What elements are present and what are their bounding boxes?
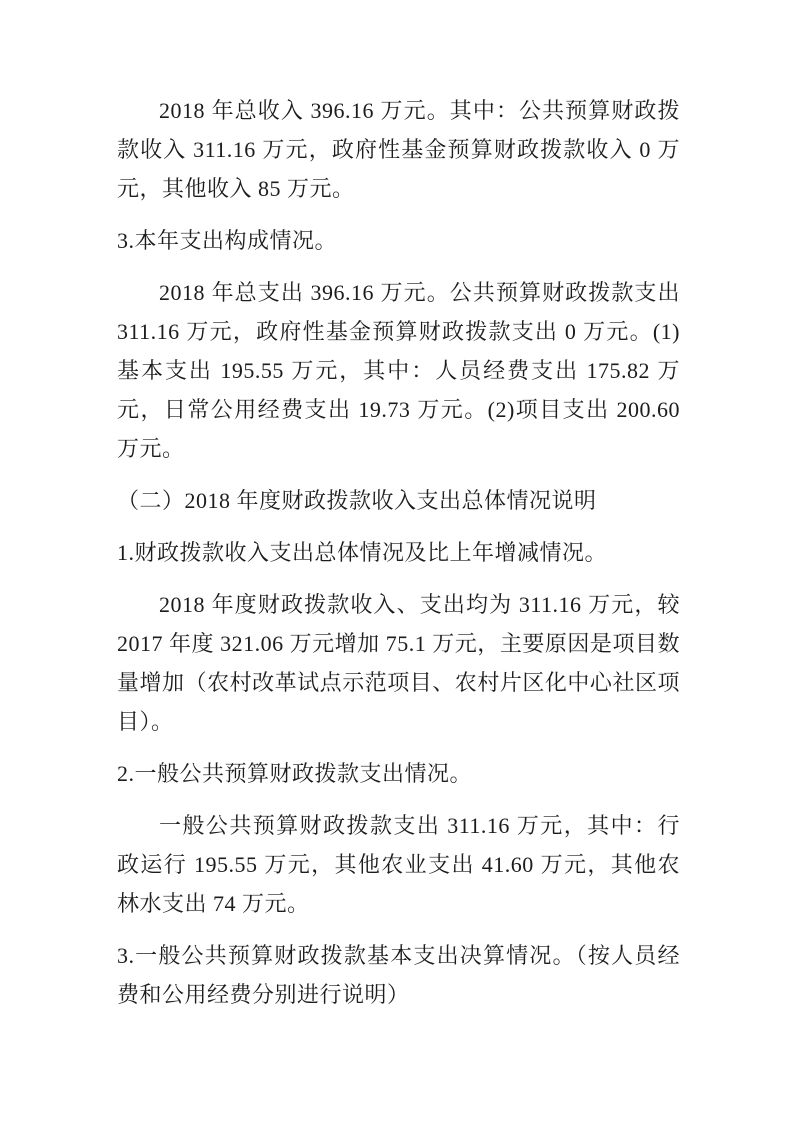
paragraph-overall-change: 2018 年度财政拨款收入、支出均为 311.16 万元，较 2017 年度 3… <box>117 585 680 741</box>
heading-overall-change: 1.财政拨款收入支出总体情况及比上年增减情况。 <box>117 533 680 572</box>
heading-expenditure-composition: 3.本年支出构成情况。 <box>117 221 680 260</box>
heading-general-budget-expenditure: 2.一般公共预算财政拨款支出情况。 <box>117 754 680 793</box>
heading-section-two: （二）2018 年度财政拨款收入支出总体情况说明 <box>117 481 680 520</box>
paragraph-income-composition: 2018 年总收入 396.16 万元。其中：公共预算财政拨款收入 311.16… <box>117 91 680 208</box>
document-page: 2018 年总收入 396.16 万元。其中：公共预算财政拨款收入 311.16… <box>0 0 793 1122</box>
paragraph-general-budget-expenditure: 一般公共预算财政拨款支出 311.16 万元，其中：行政运行 195.55 万元… <box>117 806 680 923</box>
heading-basic-expenditure-accounts: 3.一般公共预算财政拨款基本支出决算情况。（按人员经费和公用经费分别进行说明） <box>117 936 680 1014</box>
paragraph-expenditure-composition: 2018 年总支出 396.16 万元。公共预算财政拨款支出 311.16 万元… <box>117 273 680 468</box>
